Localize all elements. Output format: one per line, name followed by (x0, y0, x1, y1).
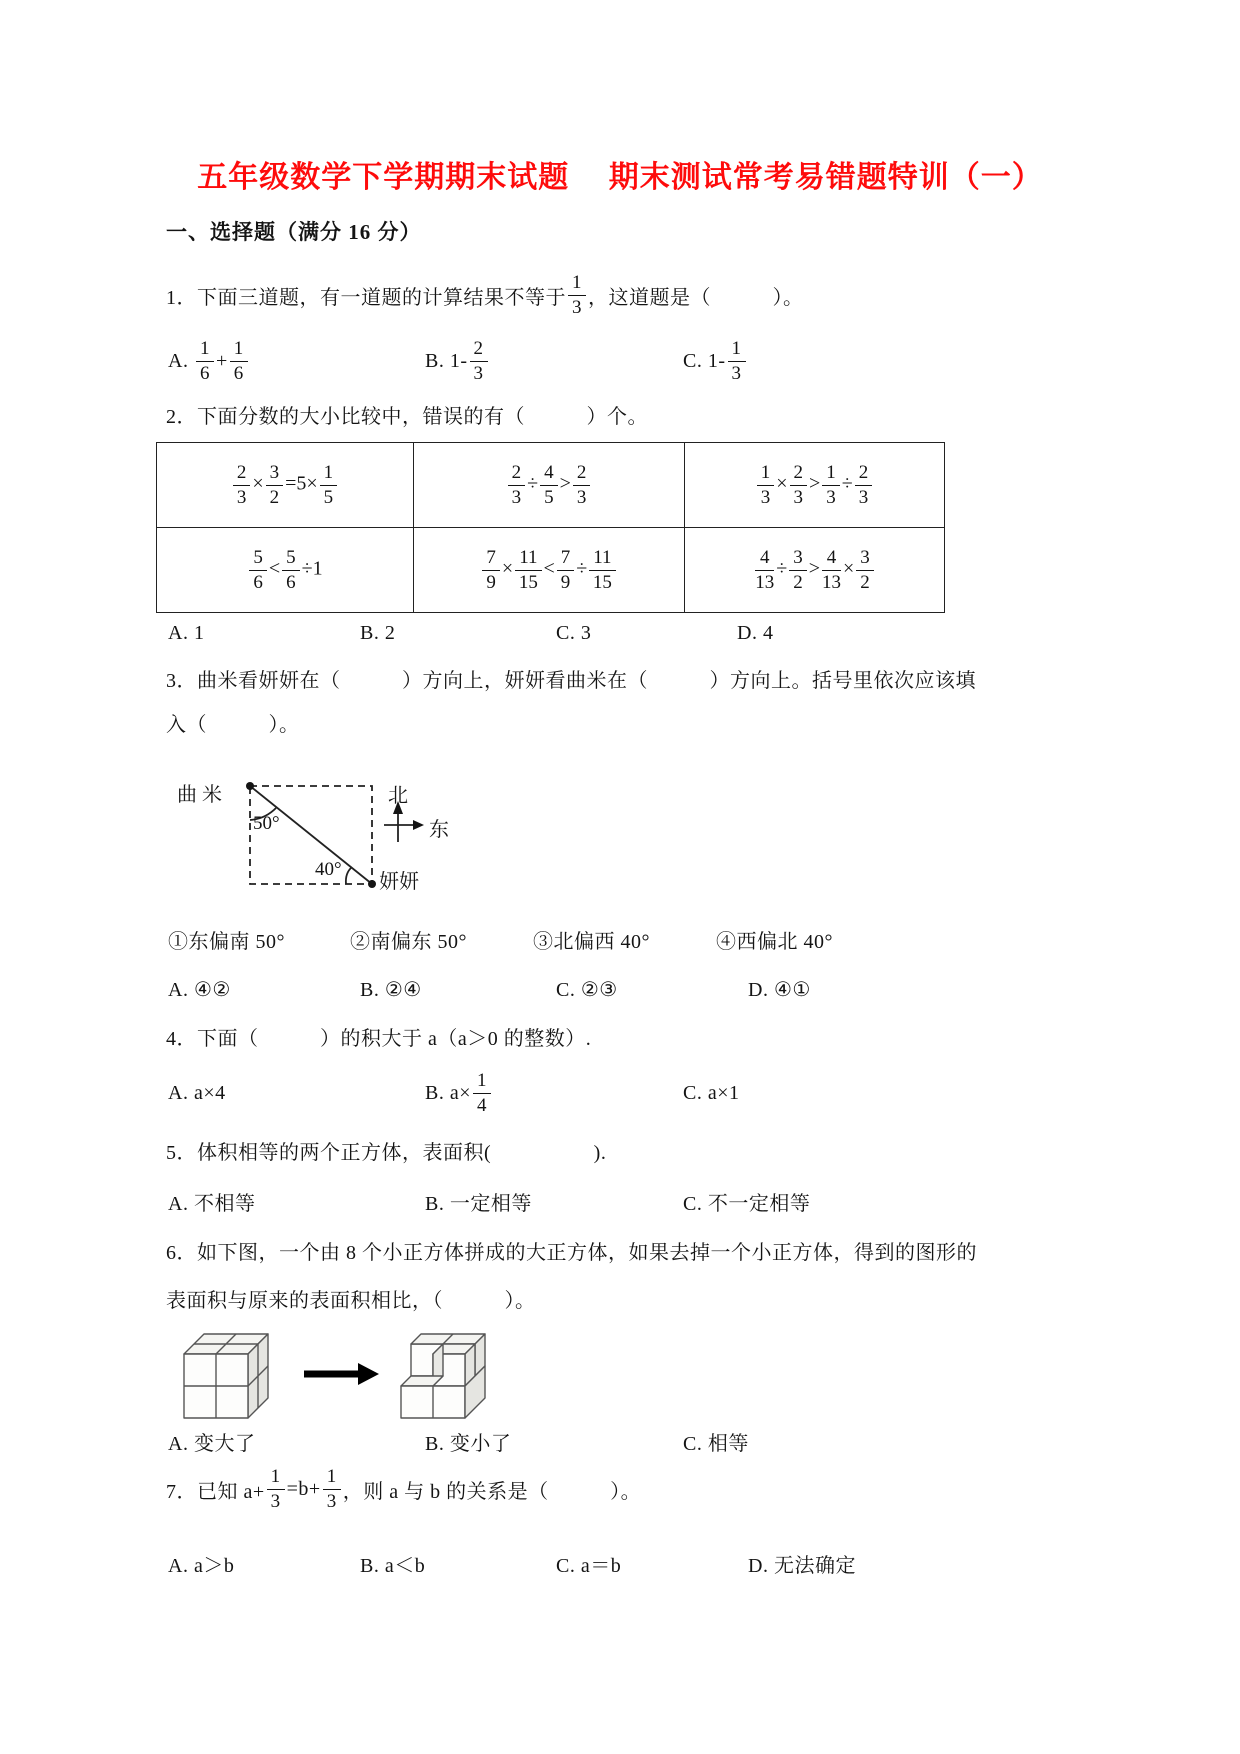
q3-choice-4: ④西偏北 40° (716, 926, 833, 952)
q2-option-b: B. 2 (360, 620, 395, 646)
fraction: 413 (755, 547, 774, 593)
east-arrowhead-icon (413, 820, 424, 830)
q5-option-c: C. 不一定相等 (683, 1188, 810, 1214)
q2-stem: 2．下面分数的大小比较中，错误的有（ ）个。 (166, 400, 648, 429)
q4-stem: 4．下面（ ）的积大于 a（a＞0 的整数）. (166, 1022, 591, 1051)
q3-stem-line1: 3．曲米看妍妍在（ ）方向上，妍妍看曲米在（ ）方向上。括号里依次应该填 (166, 664, 976, 693)
section-heading: 一、选择题（满分 16 分） (166, 216, 422, 246)
fraction: 56 (282, 547, 300, 593)
q3-option-d: D. ④① (748, 976, 811, 1002)
q7-stem: 7．已知 a+13=b+13，则 a 与 b 的关系是（ ）。 (166, 1460, 641, 1518)
q2-option-c: C. 3 (556, 620, 591, 646)
table-cell: 23÷45>23 (414, 443, 685, 528)
fraction: 32 (266, 462, 284, 508)
q3-choice-2: ②南偏东 50° (350, 926, 467, 952)
fraction: 23 (790, 462, 808, 508)
point-yanyan (368, 880, 376, 888)
sight-line (250, 786, 372, 884)
q3-choice-3: ③北偏西 40° (533, 926, 650, 952)
q5-option-b: B. 一定相等 (425, 1188, 532, 1214)
table-row: 56<56÷1 79×1115<79÷1115 413÷32>413×32 (157, 528, 945, 613)
q4-option-c: C. a×1 (683, 1064, 740, 1122)
cube-before-figure (182, 1324, 282, 1424)
fraction: 32 (856, 547, 874, 593)
q1-option-a: A. 16+16 (168, 332, 250, 390)
fraction: 1115 (515, 547, 541, 593)
fraction: 32 (789, 547, 807, 593)
q6-option-a: A. 变大了 (168, 1428, 255, 1454)
fraction: 23 (508, 462, 526, 508)
q1-option-c: C. 1-13 (683, 332, 748, 390)
fraction: 79 (482, 547, 500, 593)
q3-option-b: B. ②④ (360, 976, 422, 1002)
table-cell: 79×1115<79÷1115 (414, 528, 685, 613)
q7-option-a: A. a＞b (168, 1550, 234, 1576)
q4-option-a: A. a×4 (168, 1064, 226, 1122)
q5-options-row: A. 不相等 B. 一定相等 C. 不一定相等 (0, 1188, 1240, 1214)
q2-option-d: D. 4 (737, 620, 773, 646)
arrow-icon (304, 1361, 379, 1387)
fraction: 23 (855, 462, 873, 508)
fraction: 16 (230, 338, 248, 384)
fraction: 413 (822, 547, 841, 593)
cube-figure (182, 1324, 505, 1424)
cube-after-figure (395, 1324, 505, 1424)
fraction: 14 (473, 1070, 491, 1116)
person-top-label: 曲米 (177, 778, 227, 807)
q4-options-row: A. a×4 B. a×14 C. a×1 (0, 1064, 1240, 1122)
q6-stem-line1: 6．如下图，一个由 8 个小正方体拼成的大正方体，如果去掉一个小正方体，得到的图… (166, 1236, 977, 1265)
exam-page: { "page": { "title": "五年级数学下学期期末试题 期末测试常… (0, 0, 1240, 1754)
q5-stem: 5．体积相等的两个正方体，表面积( ). (166, 1136, 606, 1165)
fraction: 23 (470, 338, 488, 384)
fraction: 1115 (589, 547, 615, 593)
angle-bottom-label: 40° (315, 859, 342, 881)
point-qumi (246, 782, 254, 790)
q2-option-a: A. 1 (168, 620, 204, 646)
q6-option-c: C. 相等 (683, 1428, 749, 1454)
q2-options-row: A. 1 B. 2 C. 3 D. 4 (0, 620, 1240, 646)
fraction: 13 (822, 462, 840, 508)
q5-option-a: A. 不相等 (168, 1188, 255, 1214)
table-row: 23×32=5×15 23÷45>23 13×23>13÷23 (157, 443, 945, 528)
q4-option-b: B. a×14 (425, 1064, 493, 1122)
q7-option-c: C. a＝b (556, 1550, 621, 1576)
direction-diagram: 曲米 北 东 妍妍 50° 40° (165, 780, 465, 898)
q3-choice-1: ①东偏南 50° (168, 926, 285, 952)
q1-option-b: B. 1-23 (425, 332, 490, 390)
q1-options-row: A. 16+16 B. 1-23 C. 1-13 (0, 332, 1240, 390)
fraction: 45 (540, 462, 558, 508)
fraction: 56 (249, 547, 267, 593)
table-cell: 413÷32>413×32 (685, 528, 945, 613)
fraction: 79 (557, 547, 575, 593)
q3-choices-row: ①东偏南 50° ②南偏东 50° ③北偏西 40° ④西偏北 40° (0, 926, 1240, 952)
q6-option-b: B. 变小了 (425, 1428, 511, 1454)
fraction: 13 (757, 462, 775, 508)
q7-options-row: A. a＞b B. a＜b C. a＝b D. 无法确定 (0, 1550, 1240, 1576)
north-label: 北 (388, 779, 408, 808)
fraction: 16 (196, 338, 214, 384)
q7-option-b: B. a＜b (360, 1550, 425, 1576)
fraction: 23 (573, 462, 591, 508)
angle-top-label: 50° (253, 813, 280, 835)
q6-options-row: A. 变大了 B. 变小了 C. 相等 (0, 1428, 1240, 1454)
table-cell: 23×32=5×15 (157, 443, 414, 528)
table-cell: 56<56÷1 (157, 528, 414, 613)
fraction: 15 (320, 462, 338, 508)
fraction: 13 (267, 1466, 285, 1512)
page-title: 五年级数学下学期期末试题 期末测试常考易错题特训（一） (0, 152, 1240, 196)
fraction: 23 (233, 462, 251, 508)
east-label: 东 (429, 813, 449, 842)
angle-arc-bottom (346, 867, 352, 884)
table-cell: 13×23>13÷23 (685, 443, 945, 528)
q3-stem-line2: 入（ ）。 (166, 708, 300, 737)
fraction: 13 (568, 272, 586, 318)
fraction: 13 (728, 338, 746, 384)
q7-option-d: D. 无法确定 (748, 1550, 856, 1576)
q3-option-a: A. ④② (168, 976, 231, 1002)
fraction-comparison-table: 23×32=5×15 23÷45>23 13×23>13÷23 56<56÷1 … (156, 442, 945, 613)
q6-stem-line2: 表面积与原来的表面积相比，（ ）。 (166, 1284, 536, 1313)
q1-stem: 1．下面三道题，有一道题的计算结果不等于13，这道题是（ ）。 (166, 266, 804, 324)
fraction: 13 (323, 1466, 341, 1512)
q3-options-row: A. ④② B. ②④ C. ②③ D. ④① (0, 976, 1240, 1002)
q3-option-c: C. ②③ (556, 976, 618, 1002)
person-bottom-label: 妍妍 (379, 865, 419, 894)
